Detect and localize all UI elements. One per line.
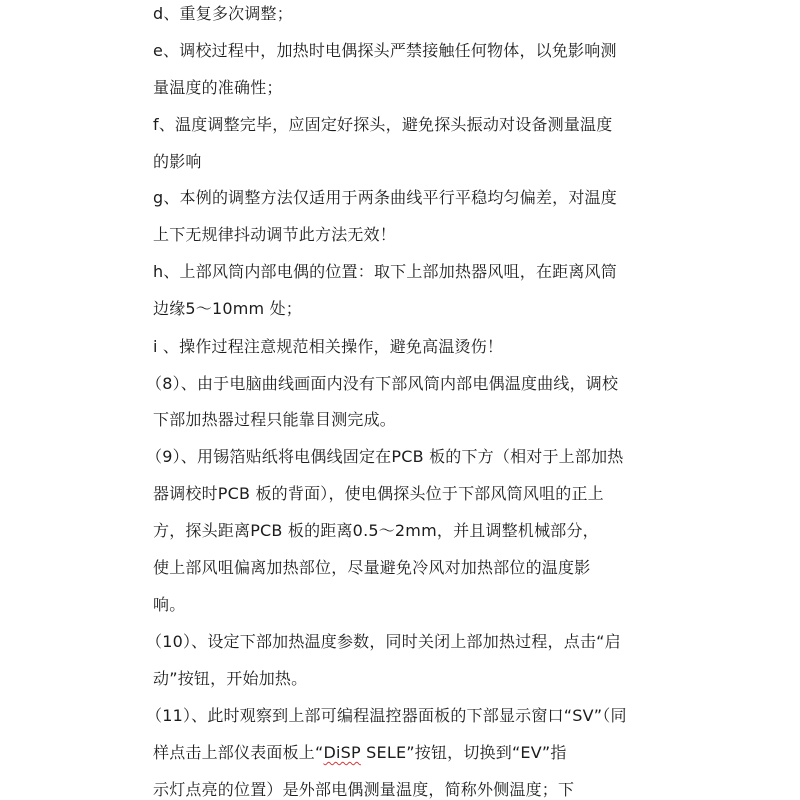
text-line-f-2: 的影响 bbox=[153, 152, 653, 172]
text-line-step10-2: 动”按钮，开始加热。 bbox=[153, 669, 653, 689]
text-line-step9-4: 使上部风咀偏离加热部位，尽量避免冷风对加热部位的温度影 bbox=[153, 558, 653, 578]
text-line-step9-5: 响。 bbox=[153, 595, 653, 615]
text-segment: SELE”按钮，切换到“EV”指 bbox=[361, 743, 567, 762]
text-line-i: i 、操作过程注意规范相关操作，避免高温烫伤！ bbox=[153, 337, 653, 357]
text-line-e-1: e、调校过程中，加热时电偶探头严禁接触任何物体，以免影响测 bbox=[153, 41, 653, 61]
text-line-step9-2: 器调校时PCB 板的背面），使电偶探头位于下部风筒风咀的正上 bbox=[153, 484, 653, 504]
text-line-d: d、重复多次调整； bbox=[153, 4, 653, 24]
text-line-step11-1: （11）、此时观察到上部可编程温控器面板的下部显示窗口“SV”（同 bbox=[146, 706, 646, 726]
spellcheck-flagged-word[interactable]: DiSP bbox=[324, 743, 361, 762]
text-line-h-2: 边缘5～10mm 处； bbox=[153, 299, 653, 319]
text-line-e-2: 量温度的准确性； bbox=[153, 78, 653, 98]
text-line-step10-1: （10）、设定下部加热温度参数，同时关闭上部加热过程，点击“启 bbox=[146, 632, 646, 652]
text-line-step8-2: 下部加热器过程只能靠目测完成。 bbox=[153, 410, 653, 430]
text-line-step11-3: 示灯点亮的位置）是外部电偶测量温度，简称外侧温度；下 bbox=[153, 780, 653, 800]
text-line-h-1: h、上部风筒内部电偶的位置：取下上部加热器风咀，在距离风筒 bbox=[153, 262, 653, 282]
text-line-g-2: 上下无规律抖动调节此方法无效！ bbox=[153, 225, 653, 245]
text-line-step9-1: （9）、用锡箔贴纸将电偶线固定在PCB 板的下方（相对于上部加热 bbox=[146, 447, 646, 467]
text-line-step8-1: （8）、由于电脑曲线画面内没有下部风筒内部电偶温度曲线，调校 bbox=[146, 374, 646, 394]
text-line-f-1: f、温度调整完毕，应固定好探头，避免探头振动对设备测量温度 bbox=[153, 115, 653, 135]
text-segment: 样点击上部仪表面板上“ bbox=[153, 743, 324, 762]
text-line-g-1: g、本例的调整方法仅适用于两条曲线平行平稳均匀偏差，对温度 bbox=[153, 188, 653, 208]
text-line-step9-3: 方，探头距离PCB 板的距离0.5～2mm，并且调整机械部分， bbox=[153, 521, 653, 541]
text-line-step11-2: 样点击上部仪表面板上“DiSP SELE”按钮，切换到“EV”指 bbox=[153, 743, 653, 763]
document-page: d、重复多次调整； e、调校过程中，加热时电偶探头严禁接触任何物体，以免影响测 … bbox=[0, 0, 800, 800]
